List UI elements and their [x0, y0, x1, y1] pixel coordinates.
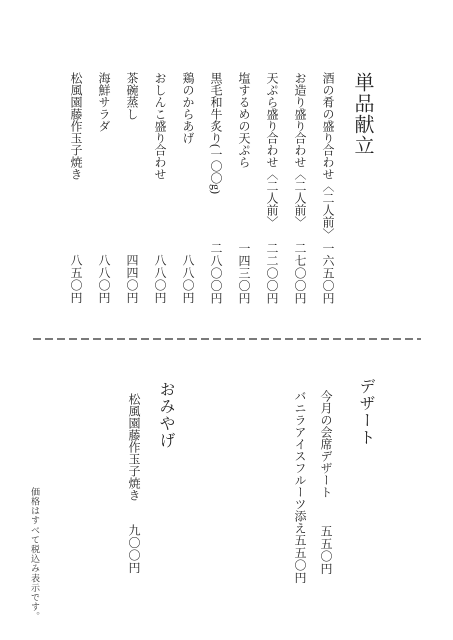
menu-item-name: 酒の肴の盛り合わせ〈二人前〉 — [322, 72, 334, 240]
menu-item-name: 茶碗蒸し — [126, 72, 138, 120]
menu-item: 茶碗蒸し 四四〇円 — [126, 72, 138, 304]
menu-item-name: 松風園藤作玉子焼き — [128, 393, 140, 501]
menu-item-price: 八八〇円 — [154, 254, 166, 304]
menu-item-name: 鶏のからあげ — [182, 72, 194, 144]
menu-item-price: 九〇〇円 — [128, 524, 140, 574]
menu-item: 鶏のからあげ 八八〇円 — [182, 72, 194, 304]
dashed-divider — [33, 338, 421, 340]
menu-item-price: 二二〇〇円 — [266, 242, 278, 305]
single-dish-menu-title: 単品献立 — [348, 72, 377, 156]
menu-item-price: 八八〇円 — [98, 254, 110, 304]
menu-page: 単品献立 酒の肴の盛り合わせ〈二人前〉 一六五〇円 お造り盛り合わせ〈二人前〉 … — [0, 0, 453, 640]
single-dish-menu-items: 酒の肴の盛り合わせ〈二人前〉 一六五〇円 お造り盛り合わせ〈二人前〉 二七〇〇円… — [70, 72, 334, 304]
menu-item: 塩するめの天ぷら 一四三〇円 — [238, 72, 250, 304]
dessert-items: 今月の会席デザート 五五〇円 バニラアイスフルーツ添え 五五〇円 — [294, 390, 332, 575]
menu-item-price: 二七〇〇円 — [294, 242, 306, 305]
dessert-title: デザート — [354, 378, 377, 446]
menu-item-price: 八五〇円 — [70, 254, 82, 304]
souvenir-title: おみやげ — [154, 381, 177, 449]
menu-item-name: おしんこ盛り合わせ — [154, 72, 166, 180]
menu-item: バニラアイスフルーツ添え 五五〇円 — [294, 390, 306, 575]
menu-item-name: 今月の会席デザート — [320, 390, 332, 498]
menu-item-price: 一六五〇円 — [322, 242, 334, 305]
tax-note: 価格はすべて税込み表示です。 — [29, 487, 42, 621]
menu-item: おしんこ盛り合わせ 八八〇円 — [154, 72, 166, 304]
souvenir-items: 松風園藤作玉子焼き 九〇〇円 — [128, 393, 140, 574]
menu-item: お造り盛り合わせ〈二人前〉 二七〇〇円 — [294, 72, 306, 304]
menu-item: 酒の肴の盛り合わせ〈二人前〉 一六五〇円 — [322, 72, 334, 304]
menu-item-name: お造り盛り合わせ〈二人前〉 — [294, 72, 306, 228]
menu-item-name: 海鮮サラダ — [98, 72, 110, 132]
menu-item-price: 五五〇円 — [294, 534, 306, 584]
menu-item-name: バニラアイスフルーツ添え — [294, 390, 306, 534]
menu-item-name: 黒毛和牛炙り(一〇〇g) — [210, 72, 222, 194]
menu-item-name: 塩するめの天ぷら — [238, 72, 250, 168]
menu-item-price: 一四三〇円 — [238, 242, 250, 305]
menu-item: 今月の会席デザート 五五〇円 — [320, 390, 332, 575]
souvenir-section: おみやげ 松風園藤作玉子焼き 九〇〇円 — [128, 381, 177, 574]
single-dish-menu-section: 単品献立 酒の肴の盛り合わせ〈二人前〉 一六五〇円 お造り盛り合わせ〈二人前〉 … — [70, 72, 377, 304]
menu-item-price: 二八〇〇円 — [210, 242, 222, 305]
menu-item-price: 五五〇円 — [320, 525, 332, 575]
menu-item: 海鮮サラダ 八八〇円 — [98, 72, 110, 304]
menu-item: 黒毛和牛炙り(一〇〇g) 二八〇〇円 — [210, 72, 222, 304]
menu-item: 松風園藤作玉子焼き 八五〇円 — [70, 72, 82, 304]
menu-item: 天ぷら盛り合わせ〈二人前〉 二二〇〇円 — [266, 72, 278, 304]
menu-item: 松風園藤作玉子焼き 九〇〇円 — [128, 393, 140, 574]
menu-item-name: 天ぷら盛り合わせ〈二人前〉 — [266, 72, 278, 228]
dessert-section: デザート 今月の会席デザート 五五〇円 バニラアイスフルーツ添え 五五〇円 — [294, 378, 377, 575]
menu-item-name: 松風園藤作玉子焼き — [70, 72, 82, 180]
menu-item-price: 八八〇円 — [182, 254, 194, 304]
menu-item-price: 四四〇円 — [126, 254, 138, 304]
